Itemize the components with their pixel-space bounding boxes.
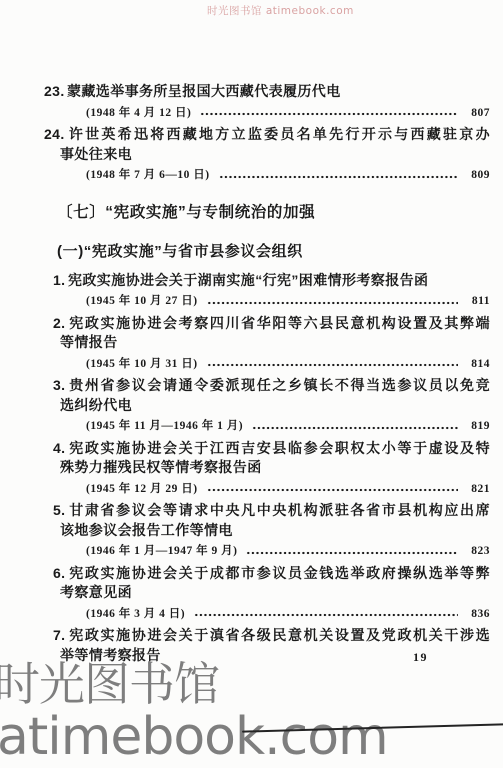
toc-entry: 5.甘肃省参议会等请求中央凡中央机构派驻各省市县机构应出席该地参议会报告工作等情… <box>40 501 490 562</box>
entry-page-number: 811 <box>464 292 490 312</box>
entry-title-line: 宪政实施协进会关于成都市参议员金钱选举政府操纵选举等弊 <box>68 565 490 581</box>
entry-title-line: 宪政实施协进会关于江西吉安县临参会职权太小等于虚设及特 <box>68 440 490 456</box>
entry-title-row: 5.甘肃省参议会等请求中央凡中央机构派驻各省市县机构应出席 <box>40 501 490 521</box>
entry-page-number: 809 <box>464 166 490 186</box>
toc-list-top: 23.蒙藏选举事务所呈报国大西藏代表履历代电(1948 年 4 月 12 日)8… <box>40 82 490 186</box>
entry-title-row: 23.蒙藏选举事务所呈报国大西藏代表履历代电 <box>40 82 490 102</box>
entry-title-line: 蒙藏选举事务所呈报国大西藏代表履历代电 <box>67 83 341 99</box>
toc-entry: 4.宪政实施协进会关于江西吉安县临参会职权太小等于虚设及特殊势力摧残民权等情考察… <box>40 439 490 500</box>
section-heading: 〔七〕“宪政实施”与专制统治的加强 <box>40 200 490 222</box>
entry-title-line: 许世英希迅将西藏地方立监委员名单先行开示与西藏驻京办 <box>67 126 490 142</box>
entry-number: 24. <box>44 125 67 145</box>
toc-entry: 1.宪政实施协进会关于湖南实施“行宪”困难情形考察报告函(1945 年 10 月… <box>40 271 490 312</box>
entry-number: 1. <box>53 271 68 291</box>
entry-title-line: 事处往来电 <box>40 145 490 165</box>
entry-date: (1948 年 7 月 6—10 日) <box>86 166 210 186</box>
entry-title-line: 该地参议会报告工作等情电 <box>40 521 490 541</box>
entry-number: 6. <box>53 564 68 584</box>
subsection-heading: (一)“宪政实施”与省市县参议会组织 <box>40 240 490 261</box>
entry-title-line: 选纠纷代电 <box>40 396 490 416</box>
watermark-site-url: atimebook.com <box>0 707 388 767</box>
entry-page-number: 814 <box>464 355 490 375</box>
entry-date-row: (1948 年 7 月 6—10 日)809 <box>40 166 490 186</box>
entry-date: (1945 年 10 月 31 日) <box>86 355 198 375</box>
entry-page-number: 823 <box>464 542 490 562</box>
entry-number: 2. <box>53 314 68 334</box>
entry-title-line: 甘肃省参议会等请求中央凡中央机构派驻各省市县机构应出席 <box>68 502 490 518</box>
entry-date-row: (1945 年 10 月 27 日)811 <box>40 292 490 312</box>
entry-title-line: 宪政实施协进会关于滇省各级民意机关设置及党政机关干涉选 <box>68 627 490 643</box>
entry-page-number: 819 <box>464 417 490 437</box>
entry-title-line: 宪政实施协进会关于湖南实施“行宪”困难情形考察报告函 <box>68 272 428 288</box>
entry-title-row: 2.宪政实施协进会考察四川省华阳等六县民意机构设置及其弊端 <box>40 314 490 334</box>
dot-leader <box>252 417 458 437</box>
dot-leader <box>219 166 458 186</box>
entry-number: 7. <box>53 626 68 646</box>
entry-page-number: 836 <box>464 605 490 625</box>
entry-number: 4. <box>53 439 68 459</box>
entry-date-row: (1948 年 4 月 12 日)807 <box>40 104 490 124</box>
page-number: 19 <box>413 650 428 665</box>
watermark-top: 时光图书馆 atimebook.com <box>207 3 354 18</box>
entry-date-row: (1946 年 3 月 4 日)836 <box>40 605 490 625</box>
entry-title-line: 宪政实施协进会考察四川省华阳等六县民意机构设置及其弊端 <box>68 315 490 331</box>
entry-date-row: (1946 年 1 月—1947 年 9 月)823 <box>40 542 490 562</box>
entry-page-number: 821 <box>464 480 490 500</box>
entry-title-line: 殊势力摧残民权等情考察报告函 <box>40 458 490 478</box>
toc-entry: 2.宪政实施协进会考察四川省华阳等六县民意机构设置及其弊端等情报告(1945 年… <box>40 314 490 375</box>
dot-leader <box>246 542 458 562</box>
entry-number: 23. <box>44 82 67 102</box>
entry-title-row: 4.宪政实施协进会关于江西吉安县临参会职权太小等于虚设及特 <box>40 439 490 459</box>
toc-entry: 24.许世英希迅将西藏地方立监委员名单先行开示与西藏驻京办事处往来电(1948 … <box>40 125 490 186</box>
entry-number: 3. <box>53 376 68 396</box>
entry-title-row: 7.宪政实施协进会关于滇省各级民意机关设置及党政机关干涉选 <box>40 626 490 646</box>
entry-page-number: 807 <box>464 104 490 124</box>
dot-leader <box>207 355 458 375</box>
entry-title-row: 24.许世英希迅将西藏地方立监委员名单先行开示与西藏驻京办 <box>40 125 490 145</box>
watermark-library-name: 时光图书馆 <box>0 648 219 714</box>
toc-entry: 3.贵州省参议会请通令委派现任之乡镇长不得当选参议员以免竞选纠纷代电(1945 … <box>40 376 490 437</box>
entry-date: (1945 年 11 月—1946 年 1 月) <box>86 417 243 437</box>
entry-title-line: 等情报告 <box>40 333 490 353</box>
entry-date: (1946 年 3 月 4 日) <box>86 605 185 625</box>
entry-title-row: 1.宪政实施协进会关于湖南实施“行宪”困难情形考察报告函 <box>40 271 490 291</box>
entry-title-line: 贵州省参议会请通令委派现任之乡镇长不得当选参议员以免竞 <box>68 377 490 393</box>
entry-date-row: (1945 年 11 月—1946 年 1 月)819 <box>40 417 490 437</box>
entry-number: 5. <box>53 501 68 521</box>
toc-entry: 23.蒙藏选举事务所呈报国大西藏代表履历代电(1948 年 4 月 12 日)8… <box>40 82 490 123</box>
entry-title-row: 3.贵州省参议会请通令委派现任之乡镇长不得当选参议员以免竞 <box>40 376 490 396</box>
entry-date: (1945 年 10 月 27 日) <box>86 292 198 312</box>
dot-leader <box>207 292 458 312</box>
dot-leader <box>200 104 458 124</box>
dot-leader <box>194 605 458 625</box>
entry-date-row: (1945 年 12 月 29 日)821 <box>40 480 490 500</box>
toc-list-main: 1.宪政实施协进会关于湖南实施“行宪”困难情形考察报告函(1945 年 10 月… <box>40 271 490 666</box>
entry-title-row: 6.宪政实施协进会关于成都市参议员金钱选举政府操纵选举等弊 <box>40 564 490 584</box>
dot-leader <box>207 480 458 500</box>
toc-page-content: 23.蒙藏选举事务所呈报国大西藏代表履历代电(1948 年 4 月 12 日)8… <box>40 82 490 665</box>
toc-entry: 6.宪政实施协进会关于成都市参议员金钱选举政府操纵选举等弊考察意见函(1946 … <box>40 564 490 625</box>
entry-date-row: (1945 年 10 月 31 日)814 <box>40 355 490 375</box>
entry-date: (1948 年 4 月 12 日) <box>86 104 191 124</box>
entry-date: (1946 年 1 月—1947 年 9 月) <box>86 542 237 562</box>
entry-date: (1945 年 12 月 29 日) <box>86 480 198 500</box>
entry-title-line: 考察意见函 <box>40 583 490 603</box>
